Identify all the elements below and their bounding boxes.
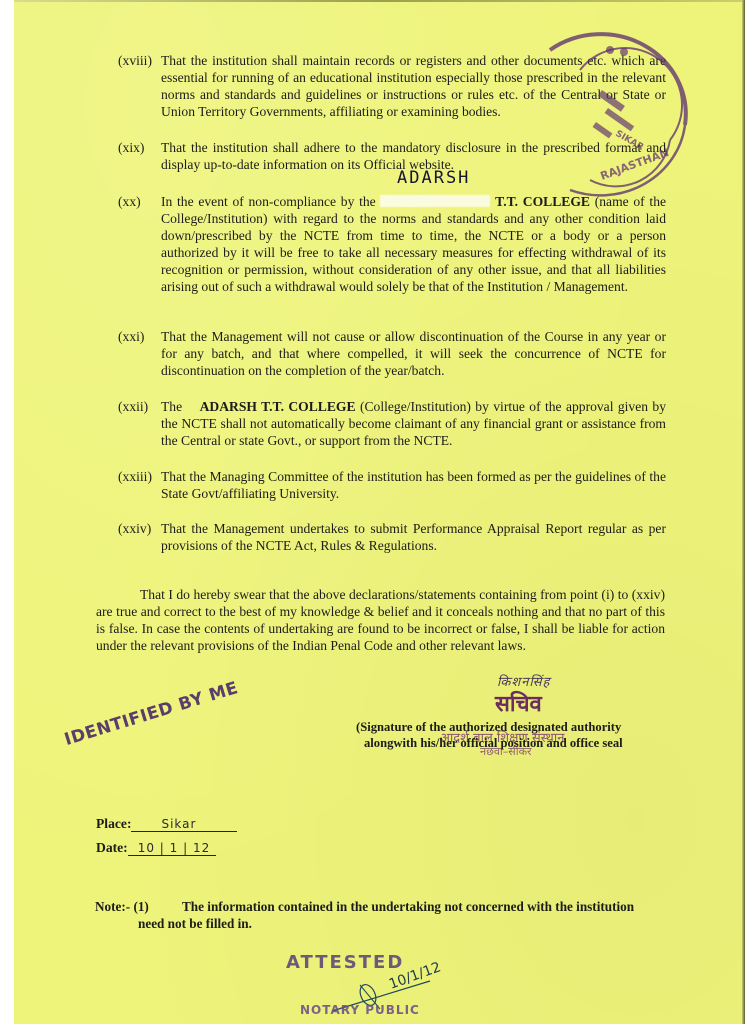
- institution-seal-icon: RAJASTHAN SIKAR: [510, 30, 692, 200]
- clause-number: (xviii): [118, 52, 152, 69]
- clause-text-after: (name of the College/Institution) with r…: [161, 194, 666, 294]
- declaration-paragraph: That I do hereby swear that the above de…: [96, 586, 665, 654]
- clause-number: (xix): [118, 139, 144, 156]
- clause-xxiv: (xxiv) That the Management undertakes to…: [118, 520, 666, 554]
- place-label: Place:: [96, 816, 131, 831]
- clause-xxiii: (xxiii) That the Managing Committee of t…: [118, 468, 666, 502]
- clause-text: In the event of non-compliance by the T.…: [161, 193, 666, 295]
- clause-text: That the Managing Committee of the insti…: [161, 468, 666, 502]
- date-value: 10 | 1 | 12: [128, 841, 217, 856]
- signature-caption-line1: (Signature of the authorized designated …: [356, 719, 623, 735]
- clause-number: (xxii): [118, 398, 148, 415]
- date-field: Date:10 | 1 | 12: [96, 840, 216, 856]
- clause-number: (xxi): [118, 328, 144, 345]
- place-field: Place:Sikar: [96, 816, 237, 832]
- clause-xx: (xx) In the event of non-compliance by t…: [118, 193, 666, 295]
- clause-number: (xxiv): [118, 520, 151, 537]
- place-value: Sikar: [131, 817, 237, 832]
- clause-xxi: (xxi) That the Management will not cause…: [118, 328, 666, 379]
- clause-text: That the Management undertakes to submit…: [161, 520, 666, 554]
- signature-caption: (Signature of the authorized designated …: [356, 719, 623, 751]
- note-label: Note:- (1): [95, 898, 149, 915]
- clause-number: (xxiii): [118, 468, 152, 485]
- college-name: ADARSH T.T. COLLEGE: [200, 399, 356, 414]
- clause-text-before: The: [161, 399, 182, 414]
- secretary-stamp-title: सचिव: [495, 688, 542, 718]
- clause-xxii: (xxii) The ADARSH T.T. COLLEGE (College/…: [118, 398, 666, 449]
- note-section: Note:- (1) The information contained in …: [95, 898, 655, 932]
- attested-stamp: ATTESTED: [286, 952, 404, 973]
- handwritten-college-name: ADARSH: [397, 168, 470, 188]
- clause-text: That the Management will not cause or al…: [161, 328, 666, 379]
- clause-text: The ADARSH T.T. COLLEGE (College/Institu…: [161, 398, 666, 449]
- date-label: Date:: [96, 840, 128, 855]
- svg-text:SIKAR: SIKAR: [614, 129, 646, 153]
- notary-public-stamp: NOTARY PUBLIC: [300, 1003, 420, 1017]
- signature-caption-line2: alongwith his/her official position and …: [356, 735, 623, 751]
- clause-number: (xx): [118, 193, 141, 210]
- redacted-blank: [380, 195, 490, 207]
- clause-text-before: In the event of non-compliance by the: [161, 194, 376, 209]
- note-text: The information contained in the underta…: [138, 898, 655, 932]
